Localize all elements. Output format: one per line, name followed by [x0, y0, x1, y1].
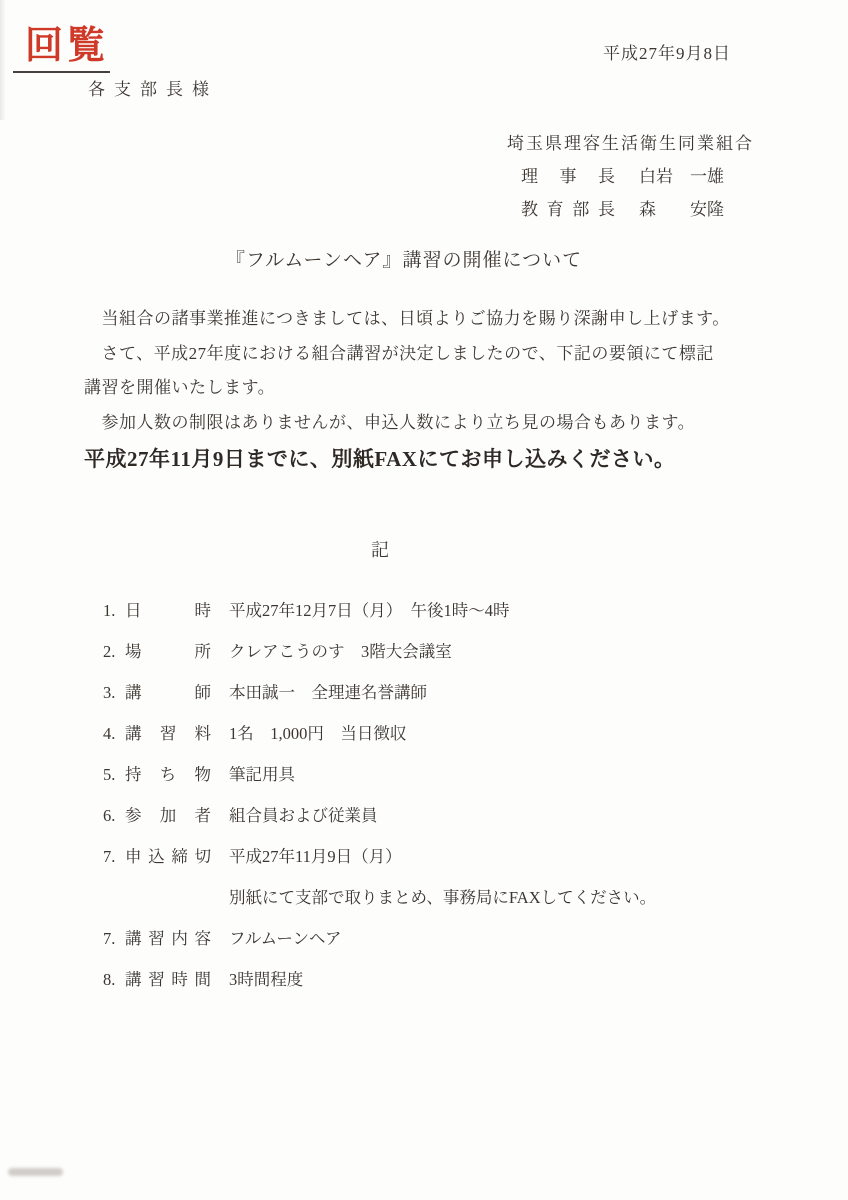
item-label: 日時	[125, 599, 211, 623]
item-value-continuation: 別紙にて支部で取りまとめ、事務局にFAXしてください。	[229, 888, 656, 907]
item-label: 講師	[125, 681, 211, 705]
item-value: 筆記用具	[229, 765, 295, 784]
item-label: 講習内容	[125, 927, 211, 951]
item-label: 申込締切	[125, 845, 211, 869]
item-value: 平成27年11月9日（月）	[229, 847, 402, 866]
body-line: さて、平成27年度における組合講習が決定しましたので、下記の要領にて標記	[84, 337, 784, 372]
item-value: 組合員および従業員	[229, 806, 378, 825]
list-item-continuation: 別紙にて支部で取りまとめ、事務局にFAXしてください。	[229, 886, 763, 910]
document-title: 『フルムーンヘア』講習の開催について	[0, 245, 828, 272]
list-item: 7.申込締切平成27年11月9日（月）	[103, 845, 763, 869]
item-value: フルムーンヘア	[229, 929, 342, 948]
item-value: 平成27年12月7日（月） 午後1時～4時	[229, 601, 510, 620]
circulation-stamp: 回覧	[25, 14, 109, 69]
item-number: 1.	[103, 599, 125, 623]
body-line: 参加人数の制限はありませんが、申込人数により立ち見の場合もあります。	[84, 406, 784, 441]
officer-name: 白岩 一雄	[639, 167, 724, 186]
sender-organization: 埼玉県理容生活衛生同業組合	[507, 129, 754, 154]
list-item: 2.場所クレアこうのす 3階大会議室	[103, 640, 763, 664]
officer-row: 教育部長森 安隆	[521, 195, 724, 220]
item-value: 本田誠一 全理連名誉講師	[229, 683, 427, 702]
item-number: 7.	[103, 845, 125, 869]
item-number: 5.	[103, 763, 125, 787]
list-item: 4.講習料1名 1,000円 当日徴収	[103, 722, 763, 746]
officer-row: 理事長白岩 一雄	[521, 162, 724, 187]
item-number: 4.	[103, 722, 125, 746]
item-value: 3時間程度	[229, 970, 303, 989]
body-text: 当組合の諸事業推進につきましては、日頃よりご協力を賜り深謝申し上げます。 さて、…	[84, 302, 784, 440]
list-item: 1.日時平成27年12月7日（月） 午後1時～4時	[103, 599, 763, 623]
item-label: 参加者	[125, 804, 211, 828]
section-marker-ki: 記	[0, 536, 804, 562]
item-label: 講習時間	[125, 968, 211, 992]
item-label: 場所	[125, 640, 211, 664]
detail-list: 1.日時平成27年12月7日（月） 午後1時～4時 2.場所クレアこうのす 3階…	[103, 599, 763, 1009]
document-date: 平成27年9月8日	[603, 39, 731, 64]
list-item: 6.参加者組合員および従業員	[103, 804, 763, 828]
item-number: 7.	[103, 927, 125, 951]
body-line: 当組合の諸事業推進につきましては、日頃よりご協力を賜り深謝申し上げます。	[84, 302, 784, 337]
item-number: 6.	[103, 804, 125, 828]
item-label: 講習料	[125, 722, 211, 746]
officer-name: 森 安隆	[639, 200, 724, 219]
list-item: 3.講師本田誠一 全理連名誉講師	[103, 681, 763, 705]
list-item: 8.講習時間3時間程度	[103, 968, 763, 992]
item-number: 8.	[103, 968, 125, 992]
list-item: 5.持ち物筆記用具	[103, 763, 763, 787]
item-number: 3.	[103, 681, 125, 705]
item-label: 持ち物	[125, 763, 211, 787]
scan-smudge-artifact	[8, 1168, 63, 1176]
officer-title: 教育部長	[521, 195, 615, 220]
officer-title: 理事長	[521, 162, 615, 187]
list-item: 7.講習内容フルムーンヘア	[103, 927, 763, 951]
item-value: クレアこうのす 3階大会議室	[229, 642, 452, 661]
deadline-notice: 平成27年11月9日までに、別紙FAXにてお申し込みください。	[84, 443, 675, 473]
body-line: 講習を開催いたします。	[84, 371, 784, 406]
item-value: 1名 1,000円 当日徴収	[229, 724, 406, 743]
scan-edge-artifact	[0, 0, 6, 120]
stamp-underline	[13, 71, 110, 73]
item-number: 2.	[103, 640, 125, 664]
recipient-line: 各支部長様	[88, 75, 218, 100]
